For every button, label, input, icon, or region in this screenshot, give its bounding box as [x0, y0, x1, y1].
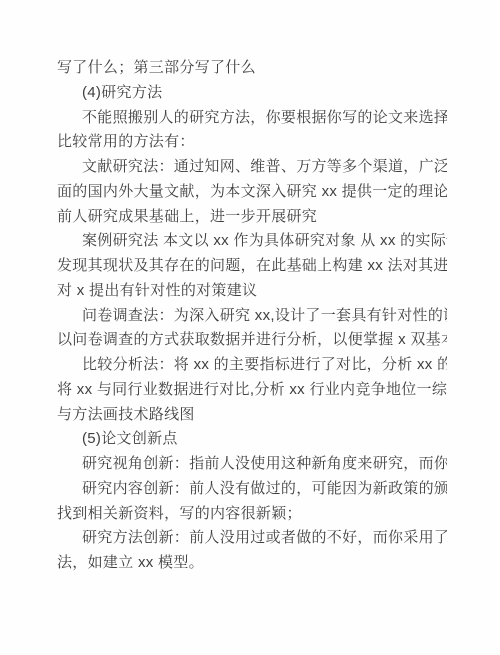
text-line: 比较常用的方法有： [57, 130, 447, 155]
text-line: 法，如建立 xx 模型。 [57, 551, 447, 576]
text-line: 与方法画技术路线图 [57, 403, 447, 428]
text-line: 以问卷调查的方式获取数据并进行分析，以便掌握 x 双基本情况 [57, 328, 447, 353]
text-line: 找到相关新资料，写的内容很新颖； [57, 502, 447, 527]
text-line: 将 xx 与同行业数据进行对比,分析 xx 行业内竞争地位一综合研究内容 [57, 378, 447, 403]
text-line: 对 x 提出有针对性的对策建议 [57, 279, 447, 304]
text-line: 比较分析法：将 xx 的主要指标进行了对比，分析 xx 的变动趋势并 [57, 353, 447, 378]
text-line: 面的国内外大量文献，为本文深入研究 xx 提供一定的理论依据。站在 [57, 180, 447, 205]
text-line: 不能照搬别人的研究方法，你要根据你写的论文来选择研究方法， [57, 106, 447, 131]
text-line: 文献研究法：通过知网、维普、万方等多个渠道，广泛搜集 xx 方 [57, 155, 447, 180]
text-line: 案例研究法 本文以 xx 作为具体研究对象 从 xx 的实际情况出发， [57, 229, 447, 254]
document-page: 写了什么；第三部分写了什么(4)研究方法不能照搬别人的研究方法，你要根据你写的论… [0, 0, 500, 655]
text-line: (4)研究方法 [57, 81, 447, 106]
text-line: 研究内容创新：前人没有做过的，可能因为新政策的颁布或者你 [57, 477, 447, 502]
text-line: 写了什么；第三部分写了什么 [57, 56, 447, 81]
text-line: 问卷调查法：为深入研究 xx,设计了一套具有针对性的调研问卷， [57, 304, 447, 329]
document-content: 写了什么；第三部分写了什么(4)研究方法不能照搬别人的研究方法，你要根据你写的论… [57, 56, 447, 576]
text-line: 发现其现状及其存在的问题，在此基础上构建 xx 法对其进行分析，并 [57, 254, 447, 279]
text-line: 研究视角创新：指前人没使用这种新角度来研究，而你使用了； [57, 452, 447, 477]
text-line: (5)论文创新点 [57, 427, 447, 452]
text-line: 研究方法创新：前人没用过或者做的不好，而你采用了亲研究方 [57, 526, 447, 551]
text-line: 前人研究成果基础上，进一步开展研究 [57, 205, 447, 230]
